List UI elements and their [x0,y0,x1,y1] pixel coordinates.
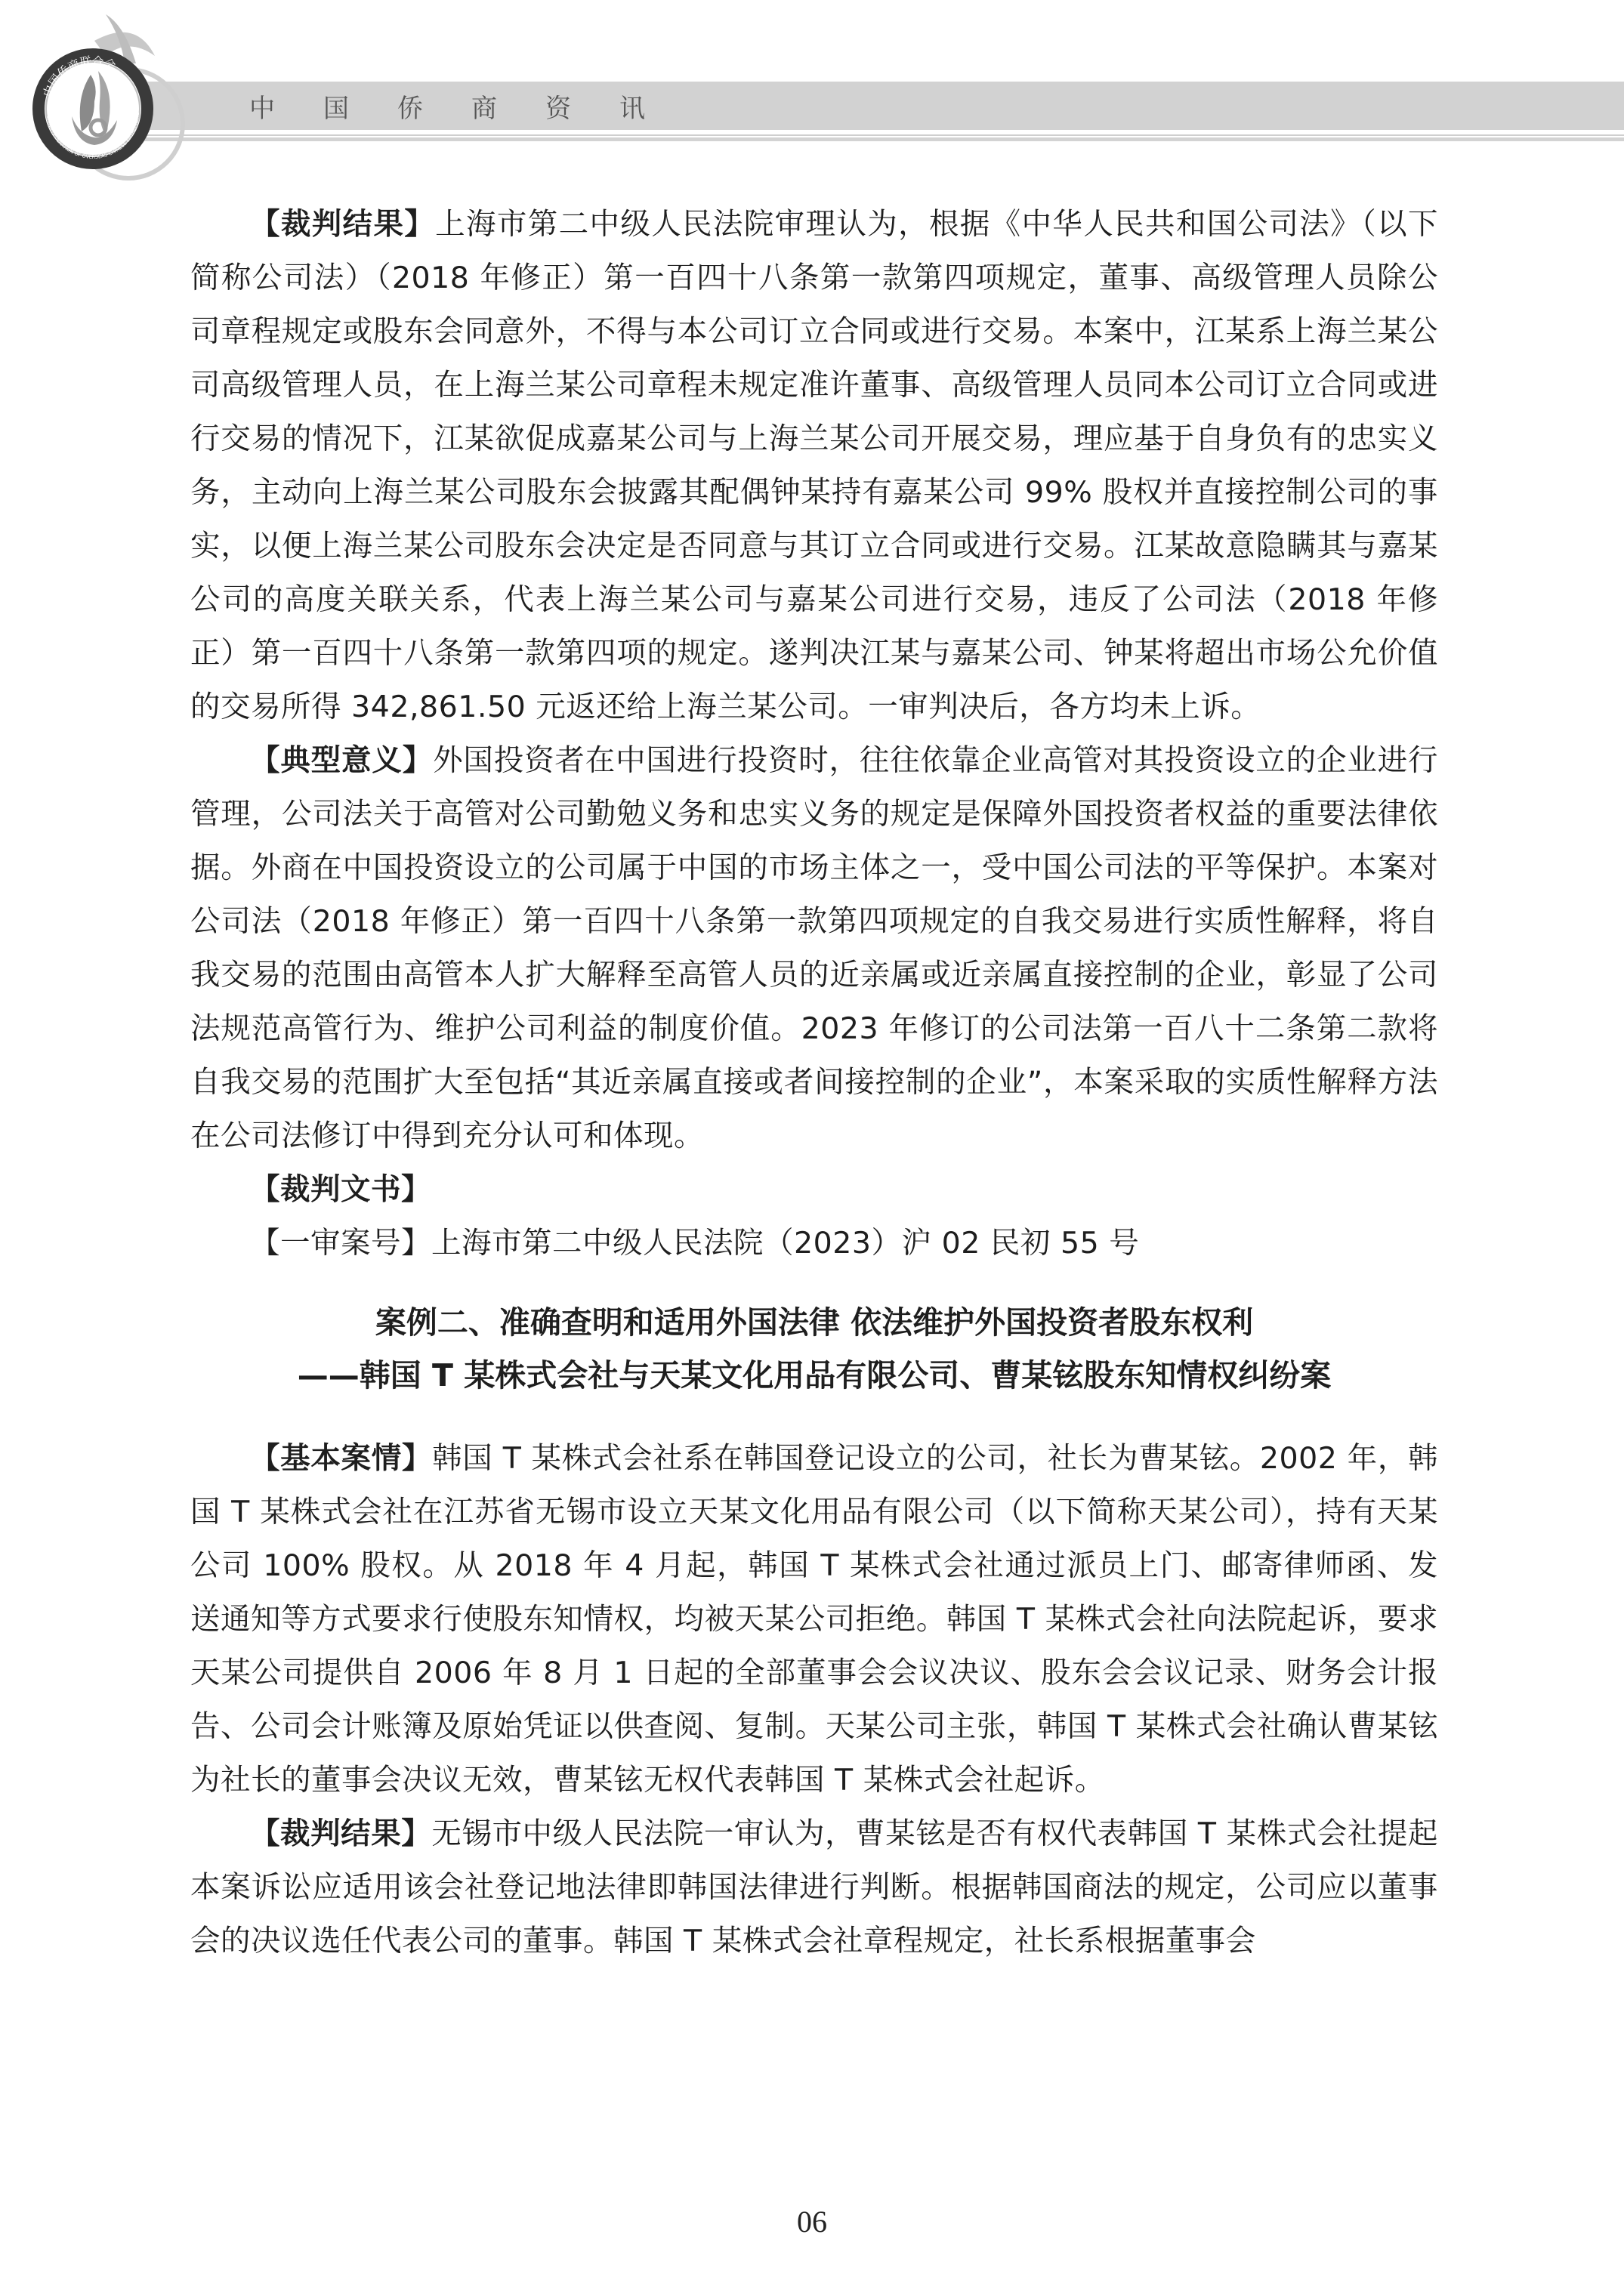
header-divider [106,134,1624,136]
case1-documents-heading: 【裁判文书】 [190,1163,1438,1217]
section-tag: 【一审案号】 [250,1226,431,1261]
page-number: 06 [0,2204,1624,2239]
section-tag: 【裁判结果】 [250,1816,431,1851]
case2-title: 案例二、准确查明和适用外国法律 依法维护外国投资者股东权利 ——韩国 T 某株式… [190,1296,1438,1402]
page-header: 中国侨商联合会 CHINA FEDERATION OF OVERSEAS CHI… [0,0,1624,196]
publication-title: 中国侨商资讯 [249,85,693,127]
article-body: 【裁判结果】上海市第二中级人民法院审理认为，根据《中华人民共和国公司法》（以下简… [190,198,1438,1968]
china-federation-of-overseas-chinese-entrepreneurs-logo-icon: 中国侨商联合会 CHINA FEDERATION OF OVERSEAS CHI… [23,11,227,184]
section-tag: 【裁判结果】 [250,207,435,242]
case1-case-number: 【一审案号】上海市第二中级人民法院（2023）沪 02 民初 55 号 [190,1217,1438,1270]
section-tag: 【典型意义】 [250,743,433,778]
case-number-text: 上海市第二中级人民法院（2023）沪 02 民初 55 号 [431,1226,1139,1261]
paragraph-text: 外国投资者在中国进行投资时，往往依靠企业高管对其投资设立的企业进行管理，公司法关… [190,743,1438,1153]
case2-judgment-result-paragraph: 【裁判结果】无锡市中级人民法院一审认为，曹某铉是否有权代表韩国 T 某株式会社提… [190,1807,1438,1968]
case1-judgment-result-paragraph: 【裁判结果】上海市第二中级人民法院审理认为，根据《中华人民共和国公司法》（以下简… [190,198,1438,734]
case2-basic-facts-paragraph: 【基本案情】韩国 T 某株式会社系在韩国登记设立的公司，社长为曹某铉。2002 … [190,1432,1438,1807]
header-divider-thick [106,137,1624,141]
case1-significance-paragraph: 【典型意义】外国投资者在中国进行投资时，往往依靠企业高管对其投资设立的企业进行管… [190,734,1438,1163]
case2-title-line1: 案例二、准确查明和适用外国法律 依法维护外国投资者股东权利 [190,1296,1438,1349]
paragraph-text: 韩国 T 某株式会社系在韩国登记设立的公司，社长为曹某铉。2002 年，韩国 T… [190,1441,1438,1798]
section-tag: 【基本案情】 [250,1441,432,1476]
case2-title-line2: ——韩国 T 某株式会社与天某文化用品有限公司、曹某铉股东知情权纠纷案 [190,1349,1438,1402]
paragraph-text: 上海市第二中级人民法院审理认为，根据《中华人民共和国公司法》（以下简称公司法）（… [190,207,1438,724]
section-tag: 【裁判文书】 [250,1172,431,1207]
